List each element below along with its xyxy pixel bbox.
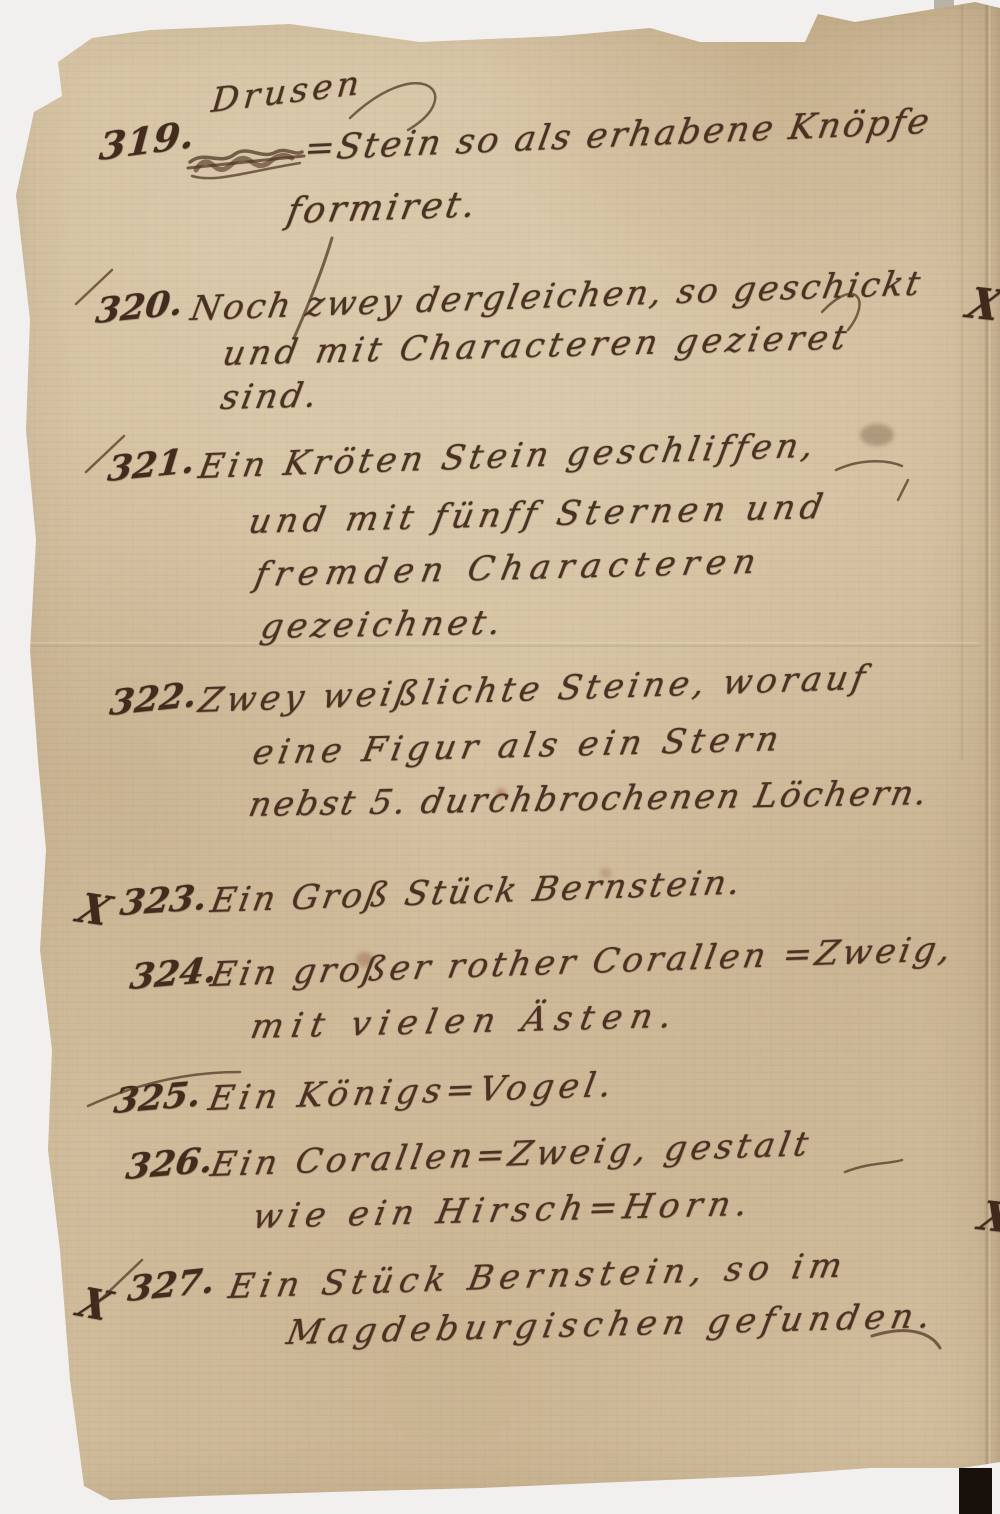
- paper-fold-horizontal: [30, 642, 980, 647]
- entry-319-line: formiret.: [284, 187, 481, 230]
- entry-327-number: 327.: [126, 1263, 216, 1307]
- entry-321-number: 321.: [106, 443, 196, 487]
- entry-326-number: 326.: [124, 1143, 215, 1185]
- entry-323-number: 323.: [118, 880, 209, 921]
- scanned-manuscript-page: Drusen 319. =Stein so als erhabene Knöpf…: [0, 0, 1000, 1514]
- entry-320-line: sind.: [218, 378, 323, 415]
- entry-324-number: 324.: [128, 953, 219, 995]
- entry-320-number: 320.: [94, 285, 184, 329]
- paper-crease-right: [984, 0, 991, 1468]
- entry-324-line: mit vielen Ästen.: [248, 999, 683, 1044]
- entry-321-line: gezeichnet.: [258, 606, 508, 644]
- entry-322-number: 322.: [108, 677, 198, 721]
- entry-325-number: 325.: [112, 1077, 203, 1119]
- ink-smudge: [860, 424, 894, 446]
- book-binding-strip: [959, 1468, 992, 1514]
